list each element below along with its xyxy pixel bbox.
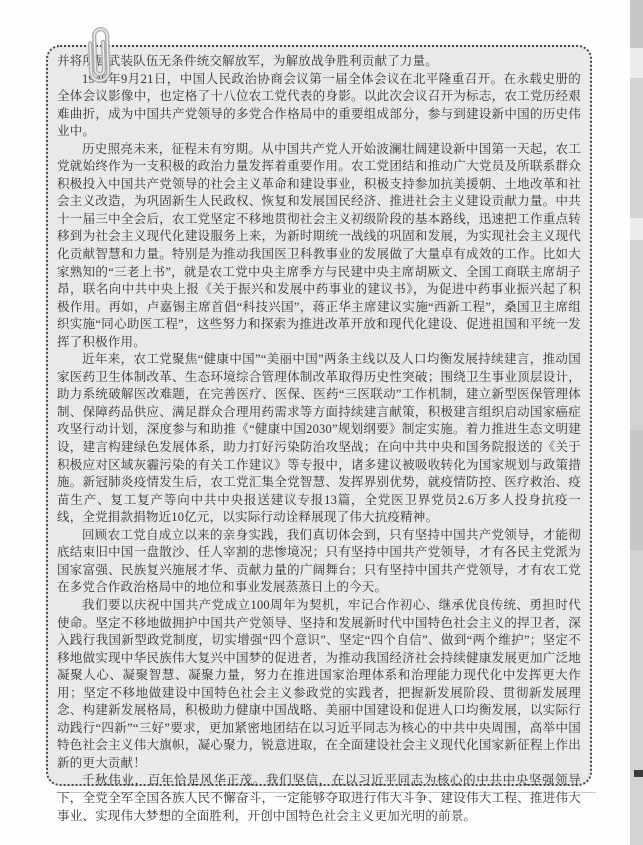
page-edge-segment (630, 48, 643, 78)
article-body: 并将所属武装队伍无条件统交解放军，为解放战争胜利贡献了力量。 1949年9月21… (57, 53, 581, 825)
paragraph: 近年来，农工党聚焦“健康中国”“美丽中国”两条主线以及人口均衡发展持续建言，推动… (57, 351, 581, 526)
page-edge-strip (630, 0, 643, 845)
paragraph: 1949年9月21日，中国人民政治协商会议第一届全体会议在北平隆重召开。在永载史… (57, 71, 581, 141)
page-edge-segment (630, 0, 643, 48)
paragraph: 我们要以庆祝中国共产党成立100周年为契机，牢记合作初心、继承优良传统、勇担时代… (57, 597, 581, 772)
paragraph: 并将所属武装队伍无条件统交解放军，为解放战争胜利贡献了力量。 (57, 53, 581, 71)
page-edge-segment (630, 218, 643, 240)
paragraph: 回顾农工党自成立以来的亲身实践，我们真切体会到，只有坚持中国共产党领导，才能彻底… (57, 527, 581, 597)
page-edge-segment (630, 430, 643, 550)
scanned-page: { "theme": { "page_bg": "#e9e9e9", "text… (0, 0, 643, 845)
document-page: 并将所属武装队伍无条件统交解放军，为解放战争胜利贡献了力量。 1949年9月21… (46, 45, 592, 786)
page-corner-mark (634, 770, 643, 777)
paperclip-icon (81, 19, 113, 90)
paragraph: 历史照亮未来，征程未有穷期。从中国共产党人开始波澜壮阔建设新中国第一天起，农工党… (57, 141, 581, 352)
paragraph: 千秋伟业，百年恰是风华正茂。我们坚信，在以习近平同志为核心的中共中央坚强领导下，… (57, 772, 581, 825)
